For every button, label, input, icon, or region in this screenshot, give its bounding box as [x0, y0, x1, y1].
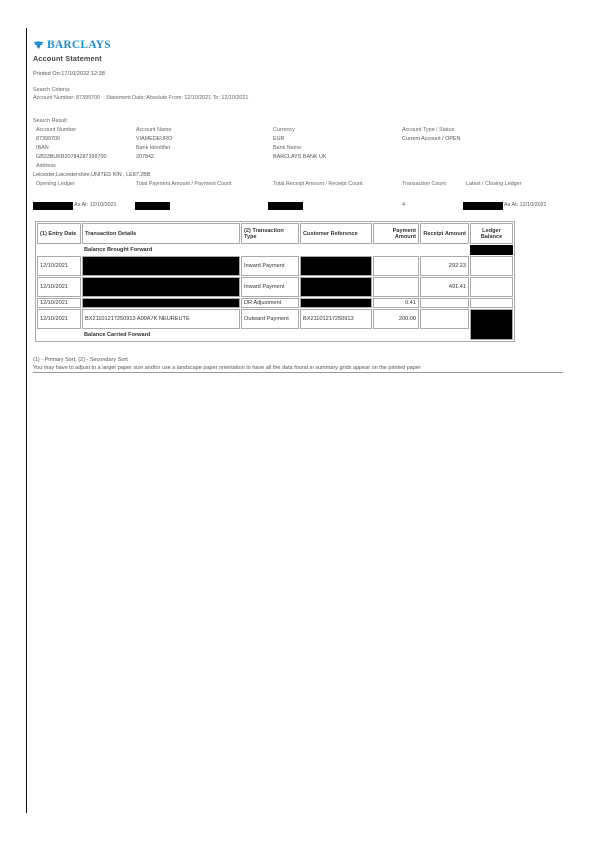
sort-note: (1) - Primary Sort, (2) - Secondary Sort [33, 356, 563, 364]
row-details: BX21101217250913 A00A7K NEUREUTE [82, 309, 240, 329]
account-type-label: Account Type / Status [402, 127, 454, 134]
balance-carried-forward-label: Balance Carried Forward [82, 330, 469, 340]
redacted-opening-balance [470, 245, 513, 255]
iban-label: IBAN [36, 145, 49, 152]
account-name-value: VIAMEDEURO [136, 136, 172, 143]
redacted-details [82, 256, 240, 276]
redacted-customer-reference [300, 256, 372, 276]
brand-name: BARCLAYS [47, 39, 111, 51]
row-date: 12/10/2021 [37, 277, 81, 297]
account-type-value: Current Account / OPEN [402, 136, 460, 143]
redacted-closing-balance [470, 309, 513, 340]
col-receipt-amount: Receipt Amount [420, 223, 469, 244]
balance-brought-forward-label: Balance Brought Forward [82, 245, 469, 255]
address-value: Leicester,Leicestershire,UNITED KIN , LE… [33, 172, 150, 179]
total-receipt-label: Total Receipt Amount / Receipt Count [273, 181, 363, 188]
bank-identifier-value: 207842 [136, 154, 154, 161]
redacted-details [82, 298, 240, 308]
row-ledger [470, 298, 513, 308]
row-type: Inward Payment [241, 277, 299, 297]
col-entry-date: (1) Entry Date [37, 223, 81, 244]
footer-notes: (1) - Primary Sort, (2) - Secondary Sort… [33, 356, 563, 373]
eagle-icon [33, 40, 44, 50]
opening-ledger-as-at: As At: 12/10/2021 [74, 202, 117, 209]
row-customer-reference: BX21101217250913 [300, 309, 372, 329]
row-payment [373, 256, 419, 276]
redacted-details [82, 277, 240, 297]
closing-ledger-label: Latest / Closing Ledger [466, 181, 521, 188]
col-transaction-type: (2) Transaction Type [241, 223, 299, 244]
redacted-total-receipt [268, 202, 303, 210]
total-payment-label: Total Payment Amount / Payment Count [136, 181, 232, 188]
row-payment: 200.00 [373, 309, 419, 329]
row-date: 12/10/2021 [37, 309, 81, 329]
redacted-total-payment [135, 202, 170, 210]
col-payment-amount: Payment Amount [373, 223, 419, 244]
statement-header: BARCLAYS Account Statement Printed On:17… [33, 38, 563, 102]
bank-identifier-label: Bank Identifier [136, 145, 170, 152]
balance-carried-forward-row: Balance Carried Forward [37, 330, 513, 340]
table-row: 12/10/2021 Inward Payment 292.23 [37, 256, 513, 276]
page-margin-rule [26, 28, 27, 813]
account-name-label: Account Name [136, 127, 171, 134]
table-row: 12/10/2021 DR Adjustment 0.41 [37, 298, 513, 308]
row-receipt [420, 309, 469, 329]
currency-label: Currency [273, 127, 295, 134]
row-receipt: 491.41 [420, 277, 469, 297]
transaction-count-value: 4 [402, 202, 405, 209]
row-date: 12/10/2021 [37, 256, 81, 276]
account-number-value: 87399700 [36, 136, 60, 143]
search-result-heading: Search Result [33, 118, 67, 125]
transactions-table: (1) Entry Date Transaction Details (2) T… [35, 221, 515, 342]
redacted-opening-ledger [33, 202, 73, 210]
row-type: DR Adjustment [241, 298, 299, 308]
printed-on: Printed On:17/10/2022 12:38 [33, 71, 563, 77]
row-ledger [470, 256, 513, 276]
row-type: Inward Payment [241, 256, 299, 276]
balance-brought-forward-row: Balance Brought Forward [37, 245, 513, 255]
search-criteria-line: Account Number: 87399700 Statement Date:… [33, 94, 563, 102]
bank-name-label: Bank Name [273, 145, 301, 152]
search-criteria-heading: Search Criteria: [33, 86, 563, 94]
row-date: 12/10/2021 [37, 298, 81, 308]
row-receipt [420, 298, 469, 308]
table-header-row: (1) Entry Date Transaction Details (2) T… [37, 223, 513, 244]
paper-size-note: You may have to adjust to a larger paper… [33, 364, 563, 373]
table-row: 12/10/2021 BX21101217250913 A00A7K NEURE… [37, 309, 513, 329]
row-ledger [470, 277, 513, 297]
row-type: Outward Payment [241, 309, 299, 329]
currency-value: EUR [273, 136, 284, 143]
opening-ledger-label: Opening Ledger [36, 181, 75, 188]
table-row: 12/10/2021 Inward Payment 491.41 [37, 277, 513, 297]
bank-name-value: BARCLAYS BANK UK [273, 154, 327, 161]
redacted-closing-ledger [463, 202, 503, 210]
brand-logo: BARCLAYS [33, 38, 563, 52]
transaction-count-label: Transaction Count [402, 181, 446, 188]
redacted-customer-reference [300, 277, 372, 297]
redacted-customer-reference [300, 298, 372, 308]
col-ledger-balance: Ledger Balance [470, 223, 513, 244]
col-customer-reference: Customer Reference [300, 223, 372, 244]
row-receipt: 292.23 [420, 256, 469, 276]
closing-ledger-as-at: As At: 12/10/2021 [504, 202, 547, 209]
row-payment: 0.41 [373, 298, 419, 308]
address-label: Address [36, 163, 56, 170]
document-title: Account Statement [33, 54, 563, 63]
col-transaction-details: Transaction Details [82, 223, 240, 244]
iban-value: GB33BUKB20784287399700 [36, 154, 106, 161]
row-payment [373, 277, 419, 297]
account-number-label: Account Number [36, 127, 76, 134]
